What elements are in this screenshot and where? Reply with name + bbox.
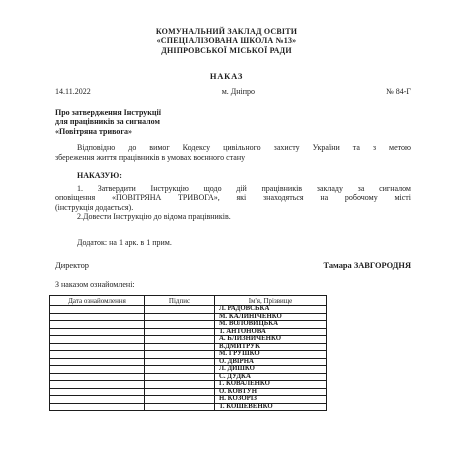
org-name-line-1: КОМУНАЛЬНИЙ ЗАКЛАД ОСВІТИ — [0, 27, 453, 36]
date-cell — [50, 313, 145, 321]
document-type-title: НАКАЗ — [0, 71, 453, 81]
preamble-paragraph: Відповідно до вимог Кодексу цивільного з… — [55, 143, 411, 162]
table-row: С. ДУДКА — [50, 373, 327, 381]
signature-cell — [145, 381, 215, 389]
signature-cell — [145, 373, 215, 381]
table-row: Л. РАДОВСЬКА — [50, 306, 327, 314]
subject-line-3: «Повітряна тривога» — [55, 127, 161, 136]
acknowledgement-label: З наказом ознайомлені: — [55, 280, 135, 289]
name-cell: Г. КОВАЛЕНКО — [215, 381, 327, 389]
signature-name: Тамара ЗАВГОРОДНЯ — [323, 261, 411, 270]
signature-cell — [145, 351, 215, 359]
signature-cell — [145, 328, 215, 336]
name-cell: Л. ДИШКО — [215, 366, 327, 374]
table-row: М. ВОЛОВИЦЬКА — [50, 321, 327, 329]
table-row: Т. АНТОНОВА — [50, 328, 327, 336]
attachment-note: Додаток: на 1 арк. в 1 прим. — [77, 238, 172, 247]
signature-title: Директор — [55, 261, 89, 270]
name-cell: С. ДУДКА — [215, 373, 327, 381]
name-cell: О. КОВТУН — [215, 388, 327, 396]
date-cell — [50, 306, 145, 314]
date-city-number-row: 14.11.2022 м. Дніпро № 84-Г — [55, 87, 411, 96]
column-header-signature: Підпис — [145, 296, 215, 306]
order-items: 1. Затвердити Інструкцію щодо дій праців… — [55, 184, 411, 222]
table-row: А. БЛИЗНИЧЕНКО — [50, 336, 327, 344]
table-row: Т. КОШЕВЕНКО — [50, 403, 327, 411]
signature-cell — [145, 306, 215, 314]
table-row: О. ДВІРНА — [50, 358, 327, 366]
signature-cell — [145, 321, 215, 329]
table-row: М. ГРУШКО — [50, 351, 327, 359]
signature-cell — [145, 343, 215, 351]
document-city: м. Дніпро — [222, 87, 255, 96]
order-item-1-line-2: оповіщення «ПОВІТРЯНА ТРИВОГА», які знах… — [55, 193, 411, 202]
name-cell: М. КАЛИНІЧЕНКО — [215, 313, 327, 321]
order-item-1-line-1: 1. Затвердити Інструкцію щодо дій праців… — [55, 184, 411, 193]
org-name-line-3: ДНІПРОВСЬКОЇ МІСЬКОЇ РАДИ — [0, 46, 453, 55]
subject-line-2: для працівників за сигналом — [55, 117, 161, 126]
date-cell — [50, 321, 145, 329]
signature-cell — [145, 388, 215, 396]
table-row: В.ДМИТРУК — [50, 343, 327, 351]
org-name-line-2: «СПЕЦІАЛІЗОВАНА ШКОЛА №13» — [0, 36, 453, 45]
signature-cell — [145, 358, 215, 366]
date-cell — [50, 388, 145, 396]
signature-cell — [145, 403, 215, 411]
date-cell — [50, 381, 145, 389]
order-keyword: НАКАЗУЮ: — [77, 171, 122, 180]
date-cell — [50, 403, 145, 411]
name-cell: О. ДВІРНА — [215, 358, 327, 366]
table-row: М. КАЛИНІЧЕНКО — [50, 313, 327, 321]
preamble-line-1: Відповідно до вимог Кодексу цивільного з… — [55, 143, 411, 153]
date-cell — [50, 358, 145, 366]
signature-cell — [145, 336, 215, 344]
order-item-2: 2.Довести Інструкцію до відома працівник… — [55, 212, 411, 221]
name-cell: Т. АНТОНОВА — [215, 328, 327, 336]
signature-cell — [145, 366, 215, 374]
table-row: Г. КОВАЛЕНКО — [50, 381, 327, 389]
name-cell: М. ГРУШКО — [215, 351, 327, 359]
date-cell — [50, 336, 145, 344]
organization-header: КОМУНАЛЬНИЙ ЗАКЛАД ОСВІТИ «СПЕЦІАЛІЗОВАН… — [0, 27, 453, 55]
name-cell: Т. КОШЕВЕНКО — [215, 403, 327, 411]
name-cell: А. БЛИЗНИЧЕНКО — [215, 336, 327, 344]
signature-cell — [145, 396, 215, 404]
date-cell — [50, 351, 145, 359]
signature-cell — [145, 313, 215, 321]
date-cell — [50, 366, 145, 374]
date-cell — [50, 396, 145, 404]
date-cell — [50, 343, 145, 351]
preamble-line-2: збереження життя працівників в умовах во… — [55, 153, 411, 163]
name-cell: Н. КОЗОРІЗ — [215, 396, 327, 404]
acknowledgement-table: Дата ознайомлення Підпис Ім'я, Прізвище … — [49, 295, 327, 411]
date-cell — [50, 373, 145, 381]
document-number: № 84-Г — [386, 87, 411, 96]
subject-block: Про затвердження Інструкції для працівни… — [55, 108, 161, 136]
date-cell — [50, 328, 145, 336]
table-header-row: Дата ознайомлення Підпис Ім'я, Прізвище — [50, 296, 327, 306]
table-row: Н. КОЗОРІЗ — [50, 396, 327, 404]
acknowledgement-table-body: Л. РАДОВСЬКАМ. КАЛИНІЧЕНКОМ. ВОЛОВИЦЬКАТ… — [50, 306, 327, 411]
table-row: О. КОВТУН — [50, 388, 327, 396]
signature-row: Директор Тамара ЗАВГОРОДНЯ — [55, 261, 411, 270]
name-cell: М. ВОЛОВИЦЬКА — [215, 321, 327, 329]
subject-line-1: Про затвердження Інструкції — [55, 108, 161, 117]
document-date: 14.11.2022 — [55, 87, 91, 96]
column-header-name: Ім'я, Прізвище — [215, 296, 327, 306]
column-header-date: Дата ознайомлення — [50, 296, 145, 306]
order-document-page: КОМУНАЛЬНИЙ ЗАКЛАД ОСВІТИ «СПЕЦІАЛІЗОВАН… — [0, 0, 453, 453]
name-cell: Л. РАДОВСЬКА — [215, 306, 327, 314]
name-cell: В.ДМИТРУК — [215, 343, 327, 351]
order-item-1-line-3: (інструкція додається). — [55, 203, 411, 212]
table-row: Л. ДИШКО — [50, 366, 327, 374]
